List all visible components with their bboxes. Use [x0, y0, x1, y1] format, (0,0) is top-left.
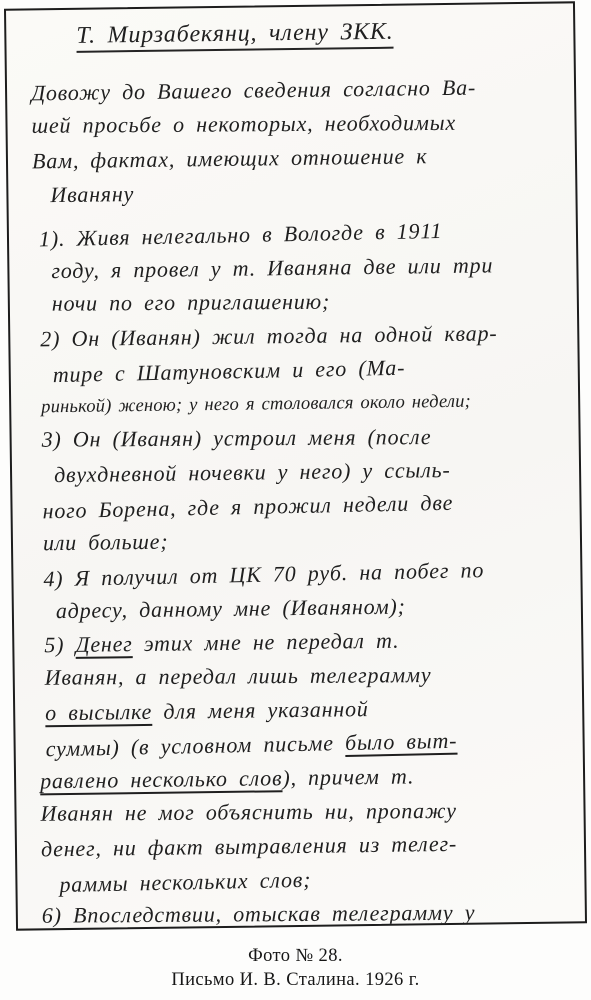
photo-caption: Фото № 28. Письмо И. В. Сталина. 1926 г. — [0, 944, 591, 992]
book-page: Т. Мирзабекянц, члену ЗКК. Довожу до Ваш… — [0, 0, 591, 1000]
photo-caption-number: Фото № 28. — [0, 944, 591, 968]
letter-segment: для меня указанной — [152, 696, 369, 724]
letter-segment-underlined: равлено несколько слов — [40, 765, 283, 793]
letter-line: Иванян, а передал лишь телеграмму — [29, 657, 574, 695]
letter-segment: ), причем т. — [282, 763, 414, 790]
letter-heading-text: Т. Мирзабекянц, члену ЗКК. — [76, 19, 394, 53]
letter-line: 5) Денег этих мне не передал т. — [28, 621, 573, 662]
letter-segment: этих мне не передал т. — [132, 628, 399, 656]
letter-segment-underlined: о высылке — [45, 699, 152, 725]
letter-line: 6) Впоследствии, отыскав телеграмму у — [32, 895, 577, 931]
letter-line: Довожу до Вашего сведения согласно Ва- — [21, 69, 566, 110]
letter-heading: Т. Мирзабекянц, члену ЗКК. — [20, 11, 565, 54]
handwritten-letter: Т. Мирзабекянц, члену ЗКК. Довожу до Ваш… — [6, 3, 585, 928]
letter-segment-underlined: Денег — [75, 631, 132, 657]
letter-line: ночи по его приглашению; — [24, 283, 569, 321]
letter-line: шей просьбе о некоторых, необходимых — [21, 105, 566, 143]
letter-segment-underlined: было выт- — [345, 728, 458, 755]
letter-segment: 5) — [44, 632, 76, 657]
photo-caption-title: Письмо И. В. Сталина. 1926 г. — [0, 968, 591, 992]
letter-photo-frame: Т. Мирзабекянц, члену ЗКК. Довожу до Ваш… — [4, 1, 587, 930]
letter-line: Иванян не мог объяснить ни, пропажу — [30, 793, 575, 831]
letter-line: 3) Он (Иванян) устроил меня (после — [26, 419, 571, 457]
letter-segment: суммы) (в условном письме — [45, 730, 345, 761]
